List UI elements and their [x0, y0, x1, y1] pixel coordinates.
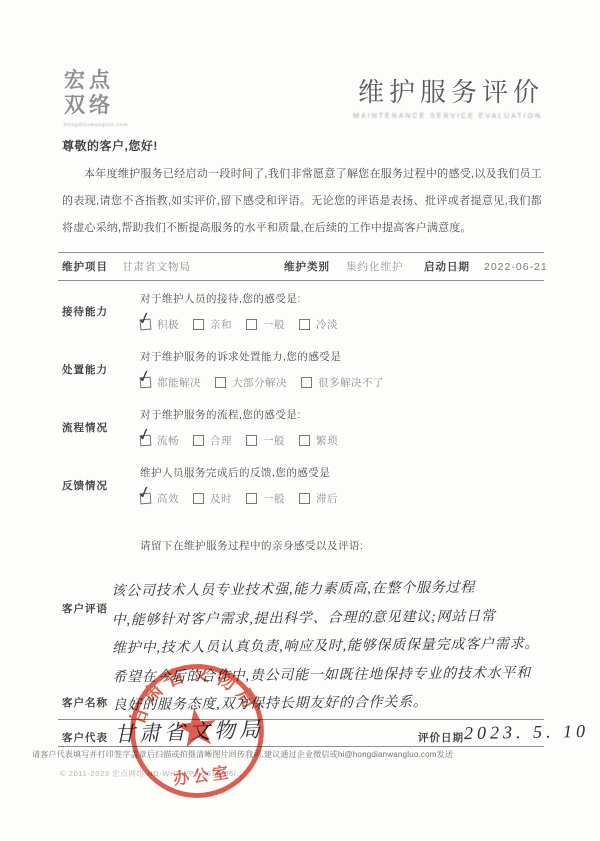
- option-mostly-solved[interactable]: 大部分解决: [215, 375, 287, 390]
- option-label: 合理: [210, 433, 232, 448]
- checkbox[interactable]: [140, 319, 152, 331]
- category-label: 处置能力: [62, 362, 140, 377]
- option-label: 积极: [157, 317, 179, 332]
- checkbox[interactable]: [193, 435, 204, 446]
- option-label: 一般: [263, 491, 285, 506]
- start-date-label: 启动日期: [424, 259, 470, 274]
- option-label: 都能解决: [157, 375, 201, 390]
- start-date-value: 2022-06-21: [484, 261, 548, 273]
- comment-prompt: 请留下在维护服务过程中的亲身感受以及评语:: [140, 538, 363, 553]
- option-label: 流畅: [157, 433, 179, 448]
- category-label: 流程情况: [62, 420, 140, 435]
- handwritten-comment: 该公司技术人员专业技术强,能力素质高,在整个服务过程 中,能够针对客户需求,提出…: [111, 576, 568, 723]
- rating-section-process: 流程情况 对于维护服务的流程,您的感受是: 流畅 合理 一般: [62, 407, 542, 448]
- option-all-solved[interactable]: 都能解决: [140, 375, 201, 390]
- category-value: 集约化维护: [346, 259, 412, 274]
- category-label: 维护类别: [284, 259, 330, 274]
- rating-section-handling: 处置能力 对于维护服务的诉求处置能力,您的感受是 都能解决 大部分解决 很多解决…: [62, 349, 542, 390]
- project-info-row: 维护项目 甘肃省文物局 维护类别 集约化维护 启动日期 2022-06-21: [58, 252, 544, 281]
- customer-rep-signature: 甘肃省文物局: [114, 713, 265, 748]
- question-text: 对于维护服务的诉求处置能力,您的感受是: [140, 349, 398, 364]
- checkbox[interactable]: [140, 435, 152, 447]
- checkbox[interactable]: [301, 377, 312, 388]
- option-label: 滞后: [316, 491, 338, 506]
- category-label: 接待能力: [62, 304, 140, 319]
- checkbox[interactable]: [215, 377, 226, 388]
- checkbox[interactable]: [299, 319, 310, 330]
- option-cumbersome[interactable]: 繁琐: [299, 433, 338, 448]
- option-delayed[interactable]: 滞后: [299, 491, 338, 506]
- option-reasonable[interactable]: 合理: [193, 433, 232, 448]
- rating-sections: 接待能力 对于维护人员的接待,您的感受是: 积极 亲和 一般: [62, 291, 542, 523]
- options-row: 都能解决 大部分解决 很多解决不了: [140, 375, 398, 390]
- option-average[interactable]: 一般: [246, 491, 285, 506]
- option-label: 一般: [263, 433, 285, 448]
- option-label: 高效: [157, 491, 179, 506]
- option-many-unsolved[interactable]: 很多解决不了: [301, 375, 384, 390]
- option-average[interactable]: 一般: [246, 433, 285, 448]
- checkbox[interactable]: [193, 319, 204, 330]
- option-label: 亲和: [210, 317, 232, 332]
- question-text: 对于维护人员的接待,您的感受是:: [140, 291, 352, 306]
- company-logo: 宏点 双络 hongdianwangluo.com: [64, 68, 128, 127]
- project-label: 维护项目: [62, 259, 108, 274]
- evaluation-date-value: 2023. 5. 10: [464, 721, 589, 744]
- checkbox[interactable]: [246, 435, 257, 446]
- option-label: 一般: [263, 317, 285, 332]
- checkbox[interactable]: [140, 377, 152, 389]
- greeting-text: 尊敬的客户,您好!: [62, 137, 158, 154]
- checkbox[interactable]: [140, 493, 152, 505]
- return-instructions: 请客户代表填写并打印签字盖章后扫描或拍摄清晰图片回传我司,建议通过企业微信或hi…: [32, 749, 577, 760]
- option-smooth[interactable]: 流畅: [140, 433, 179, 448]
- divider: [58, 746, 544, 747]
- rating-section-feedback: 反馈情况 维护人员服务完成后的反馈,您的感受是 高效 及时 一般: [62, 465, 542, 506]
- question-text: 对于维护服务的流程,您的感受是:: [140, 407, 352, 422]
- checkbox[interactable]: [193, 493, 204, 504]
- checkbox[interactable]: [246, 493, 257, 504]
- option-label: 大部分解决: [232, 375, 287, 390]
- option-label: 繁琐: [316, 433, 338, 448]
- option-label: 冷淡: [316, 317, 338, 332]
- option-cold[interactable]: 冷淡: [299, 317, 338, 332]
- option-timely[interactable]: 及时: [193, 491, 232, 506]
- customer-comment-label: 客户评语: [62, 601, 108, 616]
- options-row: 积极 亲和 一般 冷淡: [140, 317, 352, 332]
- option-positive[interactable]: 积极: [140, 317, 179, 332]
- option-label: 及时: [210, 491, 232, 506]
- copyright-text: © 2011-2023 宏点网络 HD-WHFWPJ-0610-06/…: [60, 768, 245, 779]
- checkbox[interactable]: [246, 319, 257, 330]
- option-friendly[interactable]: 亲和: [193, 317, 232, 332]
- customer-name-label: 客户名称: [62, 695, 108, 710]
- logo-text-top: 宏点: [64, 68, 128, 93]
- options-row: 流畅 合理 一般 繁琐: [140, 433, 352, 448]
- checkbox[interactable]: [299, 493, 310, 504]
- category-label: 反馈情况: [62, 478, 140, 493]
- intro-paragraph: 本年度维护服务已经启动一段时间了,我们非常愿意了解您在服务过程中的感受,以及我们…: [62, 161, 542, 242]
- checkbox[interactable]: [299, 435, 310, 446]
- logo-text-bottom: 双络: [64, 93, 128, 118]
- customer-rep-label: 客户代表: [62, 730, 108, 745]
- option-label: 很多解决不了: [318, 375, 384, 390]
- page-title-tagline: MAINTENANCE SERVICE EVALUATION: [353, 113, 542, 120]
- option-average[interactable]: 一般: [246, 317, 285, 332]
- question-text: 维护人员服务完成后的反馈,您的感受是: [140, 465, 352, 480]
- evaluation-form-page: 宏点 双络 hongdianwangluo.com 维护服务评价 MAINTEN…: [0, 0, 600, 841]
- logo-tagline: hongdianwangluo.com: [64, 122, 128, 127]
- evaluation-date-label: 评价日期: [418, 730, 464, 745]
- page-title: 维护服务评价: [358, 72, 544, 109]
- rating-section-reception: 接待能力 对于维护人员的接待,您的感受是: 积极 亲和 一般: [62, 291, 542, 332]
- options-row: 高效 及时 一般 滞后: [140, 491, 352, 506]
- project-value: 甘肃省文物局: [122, 259, 274, 274]
- option-efficient[interactable]: 高效: [140, 491, 179, 506]
